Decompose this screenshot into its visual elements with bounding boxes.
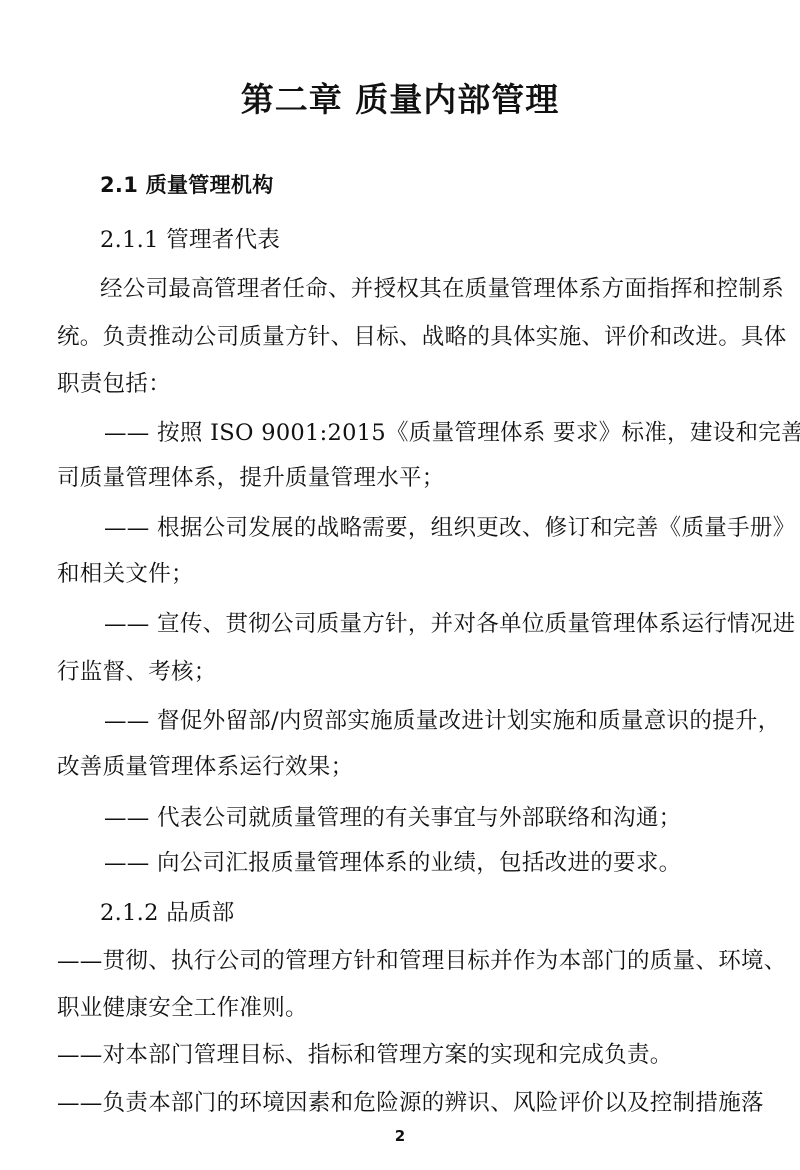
list-item: ——负责本部门的环境因素和危险源的辨识、风险评价以及控制措施落 xyxy=(57,1085,764,1117)
list-item: —— 代表公司就质量管理的有关事宜与外部联络和沟通； xyxy=(104,800,681,832)
paragraph-line: 经公司最高管理者任命、并授权其在质量管理体系方面指挥和控制系 xyxy=(100,271,784,303)
list-item: —— 按照 ISO 9001:2015《质量管理体系 要求》标准，建设和完善公 xyxy=(104,415,800,447)
page-number: 2 xyxy=(0,1127,800,1145)
paragraph-line: 职责包括： xyxy=(57,366,171,398)
list-item-continuation: 和相关文件； xyxy=(57,556,194,588)
list-item: —— 向公司汇报质量管理体系的业绩，包括改进的要求。 xyxy=(104,845,681,877)
list-item-continuation: 行监督、考核； xyxy=(57,654,217,686)
list-item-continuation: 职业健康安全工作准则。 xyxy=(57,990,308,1022)
paragraph-line: 统。负责推动公司质量方针、目标、战略的具体实施、评价和改进。具体 xyxy=(57,319,787,351)
list-item-continuation: 改善质量管理体系运行效果； xyxy=(57,749,353,781)
list-item: ——贯彻、执行公司的管理方针和管理目标并作为本部门的质量、环境、 xyxy=(57,943,787,975)
list-item: —— 根据公司发展的战略需要，组织更改、修订和完善《质量手册》 xyxy=(104,510,795,542)
chapter-title: 第二章 质量内部管理 xyxy=(0,74,800,121)
list-item-continuation: 司质量管理体系，提升质量管理水平； xyxy=(57,460,445,492)
list-item: ——对本部门管理目标、指标和管理方案的实现和完成负责。 xyxy=(57,1037,673,1069)
section-heading-2-1: 2.1 质量管理机构 xyxy=(100,169,274,199)
subsection-heading-2-1-2: 2.1.2 品质部 xyxy=(100,895,235,927)
list-item: —— 宣传、贯彻公司质量方针，并对各单位质量管理体系运行情况进 xyxy=(104,606,795,638)
subsection-heading-2-1-1: 2.1.1 管理者代表 xyxy=(100,222,280,254)
list-item: —— 督促外留部/内贸部实施质量改进计划实施和质量意识的提升， xyxy=(104,703,781,735)
